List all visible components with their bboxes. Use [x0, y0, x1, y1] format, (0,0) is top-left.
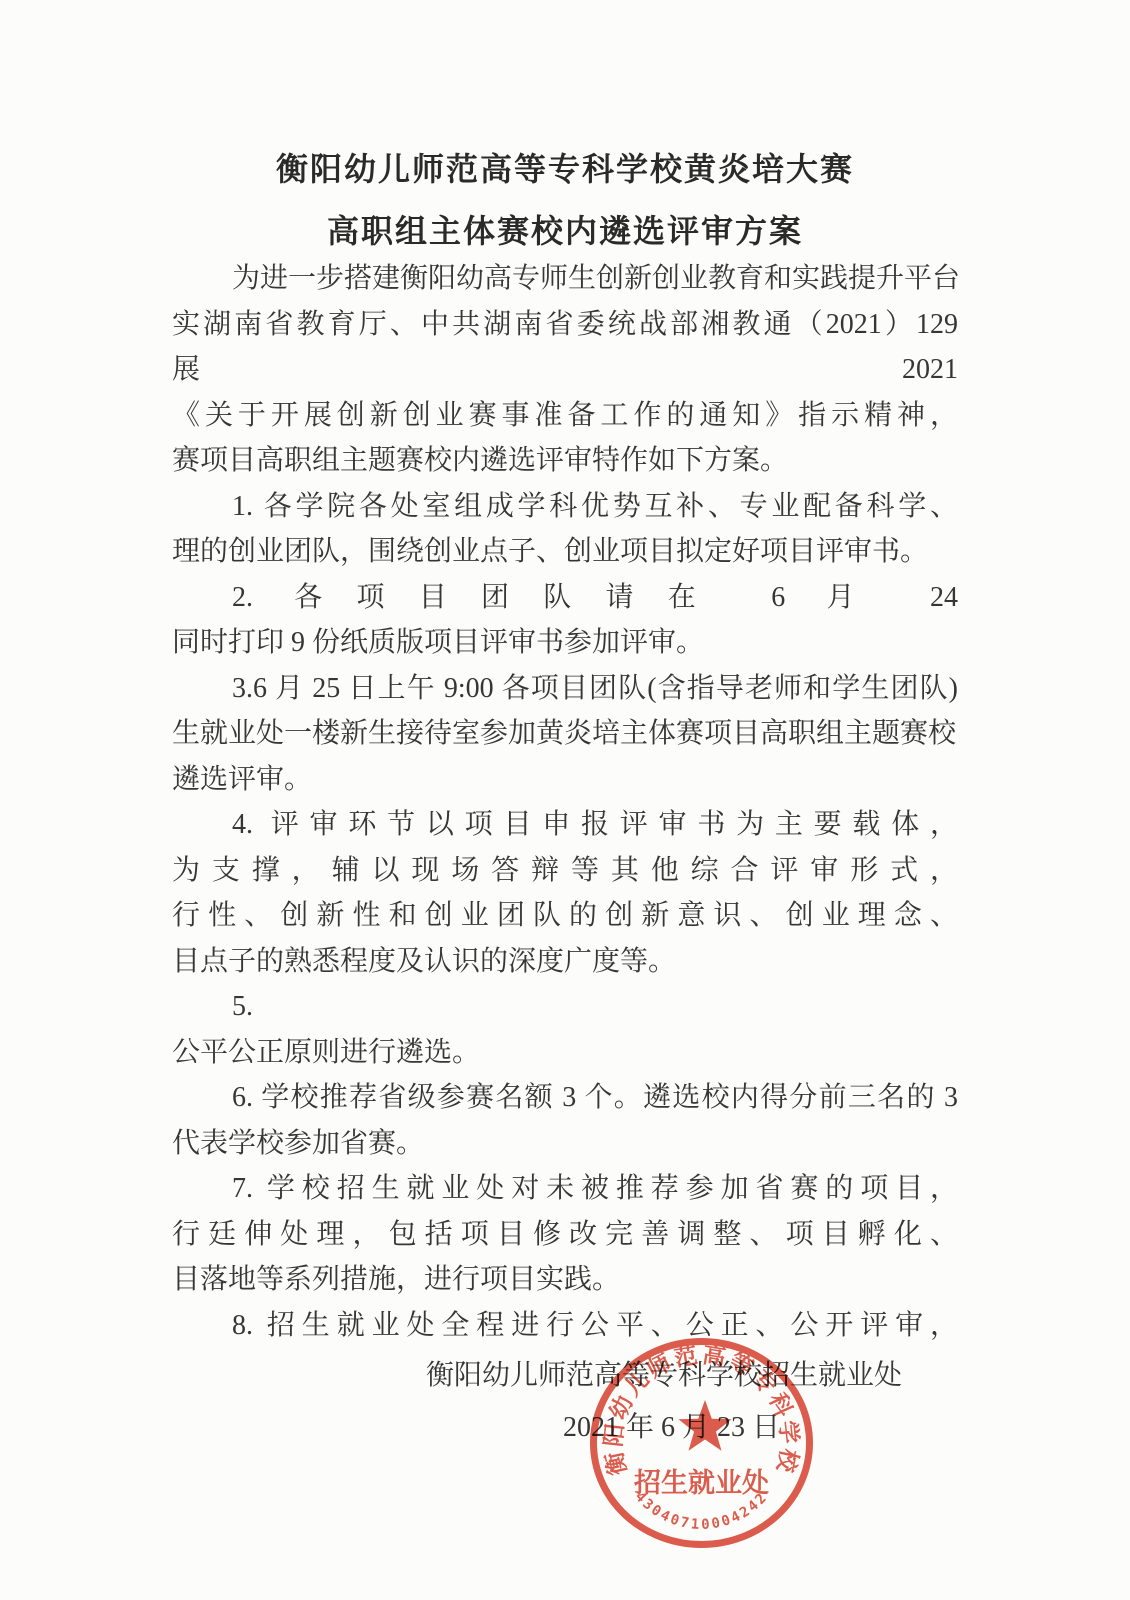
- body-line: 目落地等系列措施，进行项目实践。: [172, 1257, 958, 1303]
- date-line: 2021 年 6 月 23 日: [172, 1405, 958, 1451]
- body-line: 为支撑，辅以现场答辩等其他综合评审形式，主要考验参赛作品的可: [172, 848, 958, 894]
- body-line: 2. 各项目团队请在 6 月 24 日提交项目评审书电子版招生就业处，: [172, 575, 958, 621]
- official-seal: 衡阳幼儿师范高等专科学校 招生就业处 43040710004242: [588, 1334, 816, 1552]
- body-lines: 为进一步搭建衡阳幼高专师生创新创业教育和实践提升平台，落实湖南省教育厅、中共湖南…: [172, 256, 958, 1348]
- body-line: 3.6 月 25 日上午 9:00 各项目团队(含指导老师和学生团队)在招: [172, 666, 958, 712]
- body-line: 1. 各学院各处室组成学科优势互补、专业配备科学、人员结构合: [172, 484, 958, 530]
- document-title-line1: 衡阳幼儿师范高等专科学校黄炎培大赛: [0, 144, 1130, 190]
- body-line: 公平公正原则进行遴选。: [172, 1030, 958, 1076]
- star-icon: [678, 1400, 731, 1451]
- body-line: 代表学校参加省赛。: [172, 1121, 958, 1167]
- document-title-line2: 高职组主体赛校内遴选评审方案: [0, 206, 1130, 252]
- body-line: 同时打印 9 份纸质版项目评审书参加评审。: [172, 620, 958, 666]
- body-line: 7. 学校招生就业处对未被推荐参加省赛的项目，将组织该项目进: [172, 1166, 958, 1212]
- body-line: 行性、创新性和创业团队的创新意识、创业理念、协作精神以及对项: [172, 893, 958, 939]
- body-line: 行廷伸处理，包括项目修改完善调整、项目孵化、项目对接企业、项: [172, 1212, 958, 1258]
- signature-line: 衡阳幼儿师范高等专科学校招生就业处: [172, 1353, 958, 1399]
- body-line: 赛项目高职组主题赛校内遴选评审特作如下方案。: [172, 438, 958, 484]
- body-line: 生就业处一楼新生接待室参加黄炎培主体赛项目高职组主题赛校内: [172, 711, 958, 757]
- body-line: 遴选评审。: [172, 757, 958, 803]
- body-line: 目点子的熟悉程度及认识的深度广度等。: [172, 939, 958, 985]
- body-line: 《关于开展创新创业赛事准备工作的通知》指示精神，就黄炎培主体: [172, 393, 958, 439]
- body-line: 5. 校内专家评委组将采取不记名背靠背评分方式进行打分，秉承: [172, 984, 958, 1030]
- document-body: 为进一步搭建衡阳幼高专师生创新创业教育和实践提升平台，落实湖南省教育厅、中共湖南…: [172, 256, 958, 1450]
- body-line: 6. 学校推荐省级参赛名额 3 个。遴选校内得分前三名的 3 个项目，: [172, 1075, 958, 1121]
- body-line: 为进一步搭建衡阳幼高专师生创新创业教育和实践提升平台，落: [172, 256, 958, 302]
- body-line: 4. 评审环节以项目申报评审书为主要载体，相关附件和实物产品: [172, 802, 958, 848]
- body-line: 8. 招生就业处全程进行公平、公正、公开评审，及时公示结果。: [172, 1303, 958, 1349]
- body-line: 理的创业团队，围绕创业点子、创业项目拟定好项目评审书。: [172, 529, 958, 575]
- body-line: 展 2021 年湖南黄炎培职业教育奖创业规划大赛的通知和衡阳幼高专: [172, 347, 958, 393]
- seal-center-label: 招生就业处: [634, 1467, 769, 1498]
- body-line: 实湖南省教育厅、中共湖南省委统战部湘教通（2021）129 号关于开: [172, 302, 958, 348]
- document-page: 衡阳幼儿师范高等专科学校黄炎培大赛 高职组主体赛校内遴选评审方案 为进一步搭建衡…: [0, 0, 1130, 1600]
